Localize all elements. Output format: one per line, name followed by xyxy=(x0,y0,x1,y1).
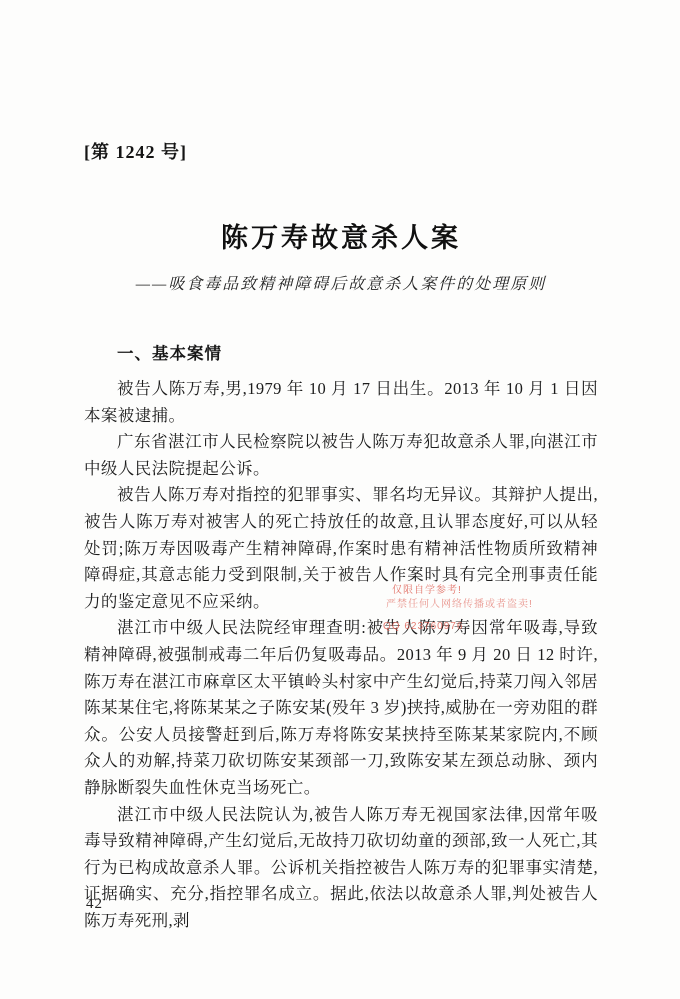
body-text: 被告人陈万寿,男,1979 年 10 月 17 日出生。2013 年 10 月 … xyxy=(84,376,598,934)
section-heading-basic-facts: 一、基本案情 xyxy=(117,340,598,364)
body-paragraph: 广东省湛江市人民检察院以被告人陈万寿犯故意杀人罪,向湛江市中级人民法院提起公诉。 xyxy=(84,429,598,482)
body-paragraph: 被告人陈万寿,男,1979 年 10 月 17 日出生。2013 年 10 月 … xyxy=(84,376,598,429)
body-paragraph: 湛江市中级人民法院认为,被告人陈万寿无视国家法律,因常年吸毒导致精神障碍,产生幻… xyxy=(84,802,598,935)
page-number: 42 xyxy=(86,896,103,913)
guiding-case-number: [第 1242 号] xyxy=(84,138,598,164)
page-content: [第 1242 号] 陈万寿故意杀人案 ——吸食毒品致精神障碍后故意杀人案件的处… xyxy=(84,0,598,934)
case-subtitle: ——吸食毒品致精神障碍后故意杀人案件的处理原则 xyxy=(84,271,598,294)
body-paragraph: 湛江市中级人民法院经审理查明:被告人陈万寿因常年吸毒,导致精神障碍,被强制戒毒二… xyxy=(84,615,598,801)
case-title: 陈万寿故意杀人案 xyxy=(84,216,598,255)
scanned-book-page: [第 1242 号] 陈万寿故意杀人案 ——吸食毒品致精神障碍后故意杀人案件的处… xyxy=(0,0,680,999)
body-paragraph: 被告人陈万寿对指控的犯罪事实、罪名均无异议。其辩护人提出,被告人陈万寿对被害人的… xyxy=(84,482,598,615)
